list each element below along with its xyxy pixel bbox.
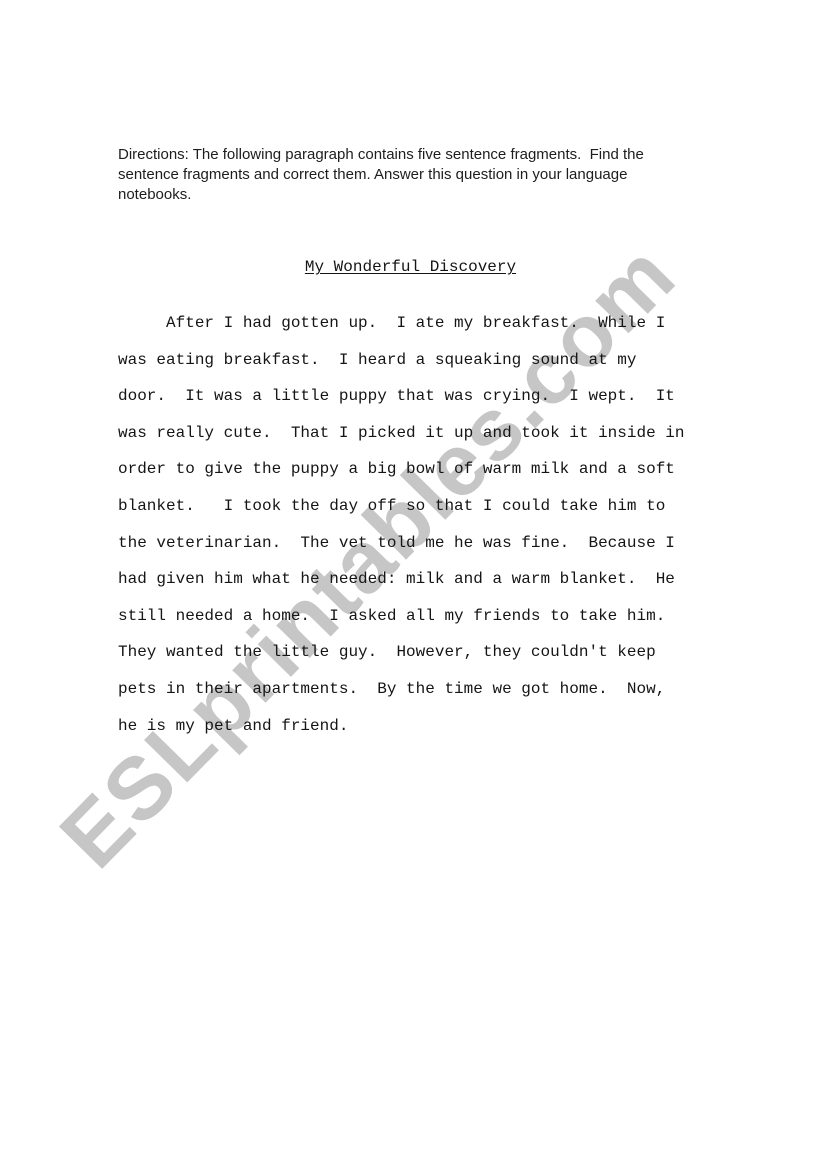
story-line-11: pets in their apartments. By the time we… (118, 671, 685, 708)
story-line-10: They wanted the little guy. However, the… (118, 634, 685, 671)
worksheet-title: My Wonderful Discovery (0, 257, 821, 277)
directions-line-1: Directions: The following paragraph cont… (118, 145, 718, 165)
worksheet-page: ESLprintables.com Directions: The follow… (0, 0, 821, 1169)
story-line-2: was eating breakfast. I heard a squeakin… (118, 342, 685, 379)
story-line-7: the veterinarian. The vet told me he was… (118, 525, 685, 562)
directions-line-2: sentence fragments and correct them. Ans… (118, 165, 718, 185)
story-line-12: he is my pet and friend. (118, 708, 685, 745)
story-line-6: blanket. I took the day off so that I co… (118, 488, 685, 525)
story-line-3: door. It was a little puppy that was cry… (118, 378, 685, 415)
story-line-4: was really cute. That I picked it up and… (118, 415, 685, 452)
story-line-5: order to give the puppy a big bowl of wa… (118, 451, 685, 488)
story-line-1: After I had gotten up. I ate my breakfas… (118, 305, 685, 342)
story-line-8: had given him what he needed: milk and a… (118, 561, 685, 598)
directions-paragraph: Directions: The following paragraph cont… (118, 145, 718, 205)
directions-line-3: notebooks. (118, 185, 718, 205)
story-paragraph: After I had gotten up. I ate my breakfas… (118, 305, 685, 744)
story-line-9: still needed a home. I asked all my frie… (118, 598, 685, 635)
